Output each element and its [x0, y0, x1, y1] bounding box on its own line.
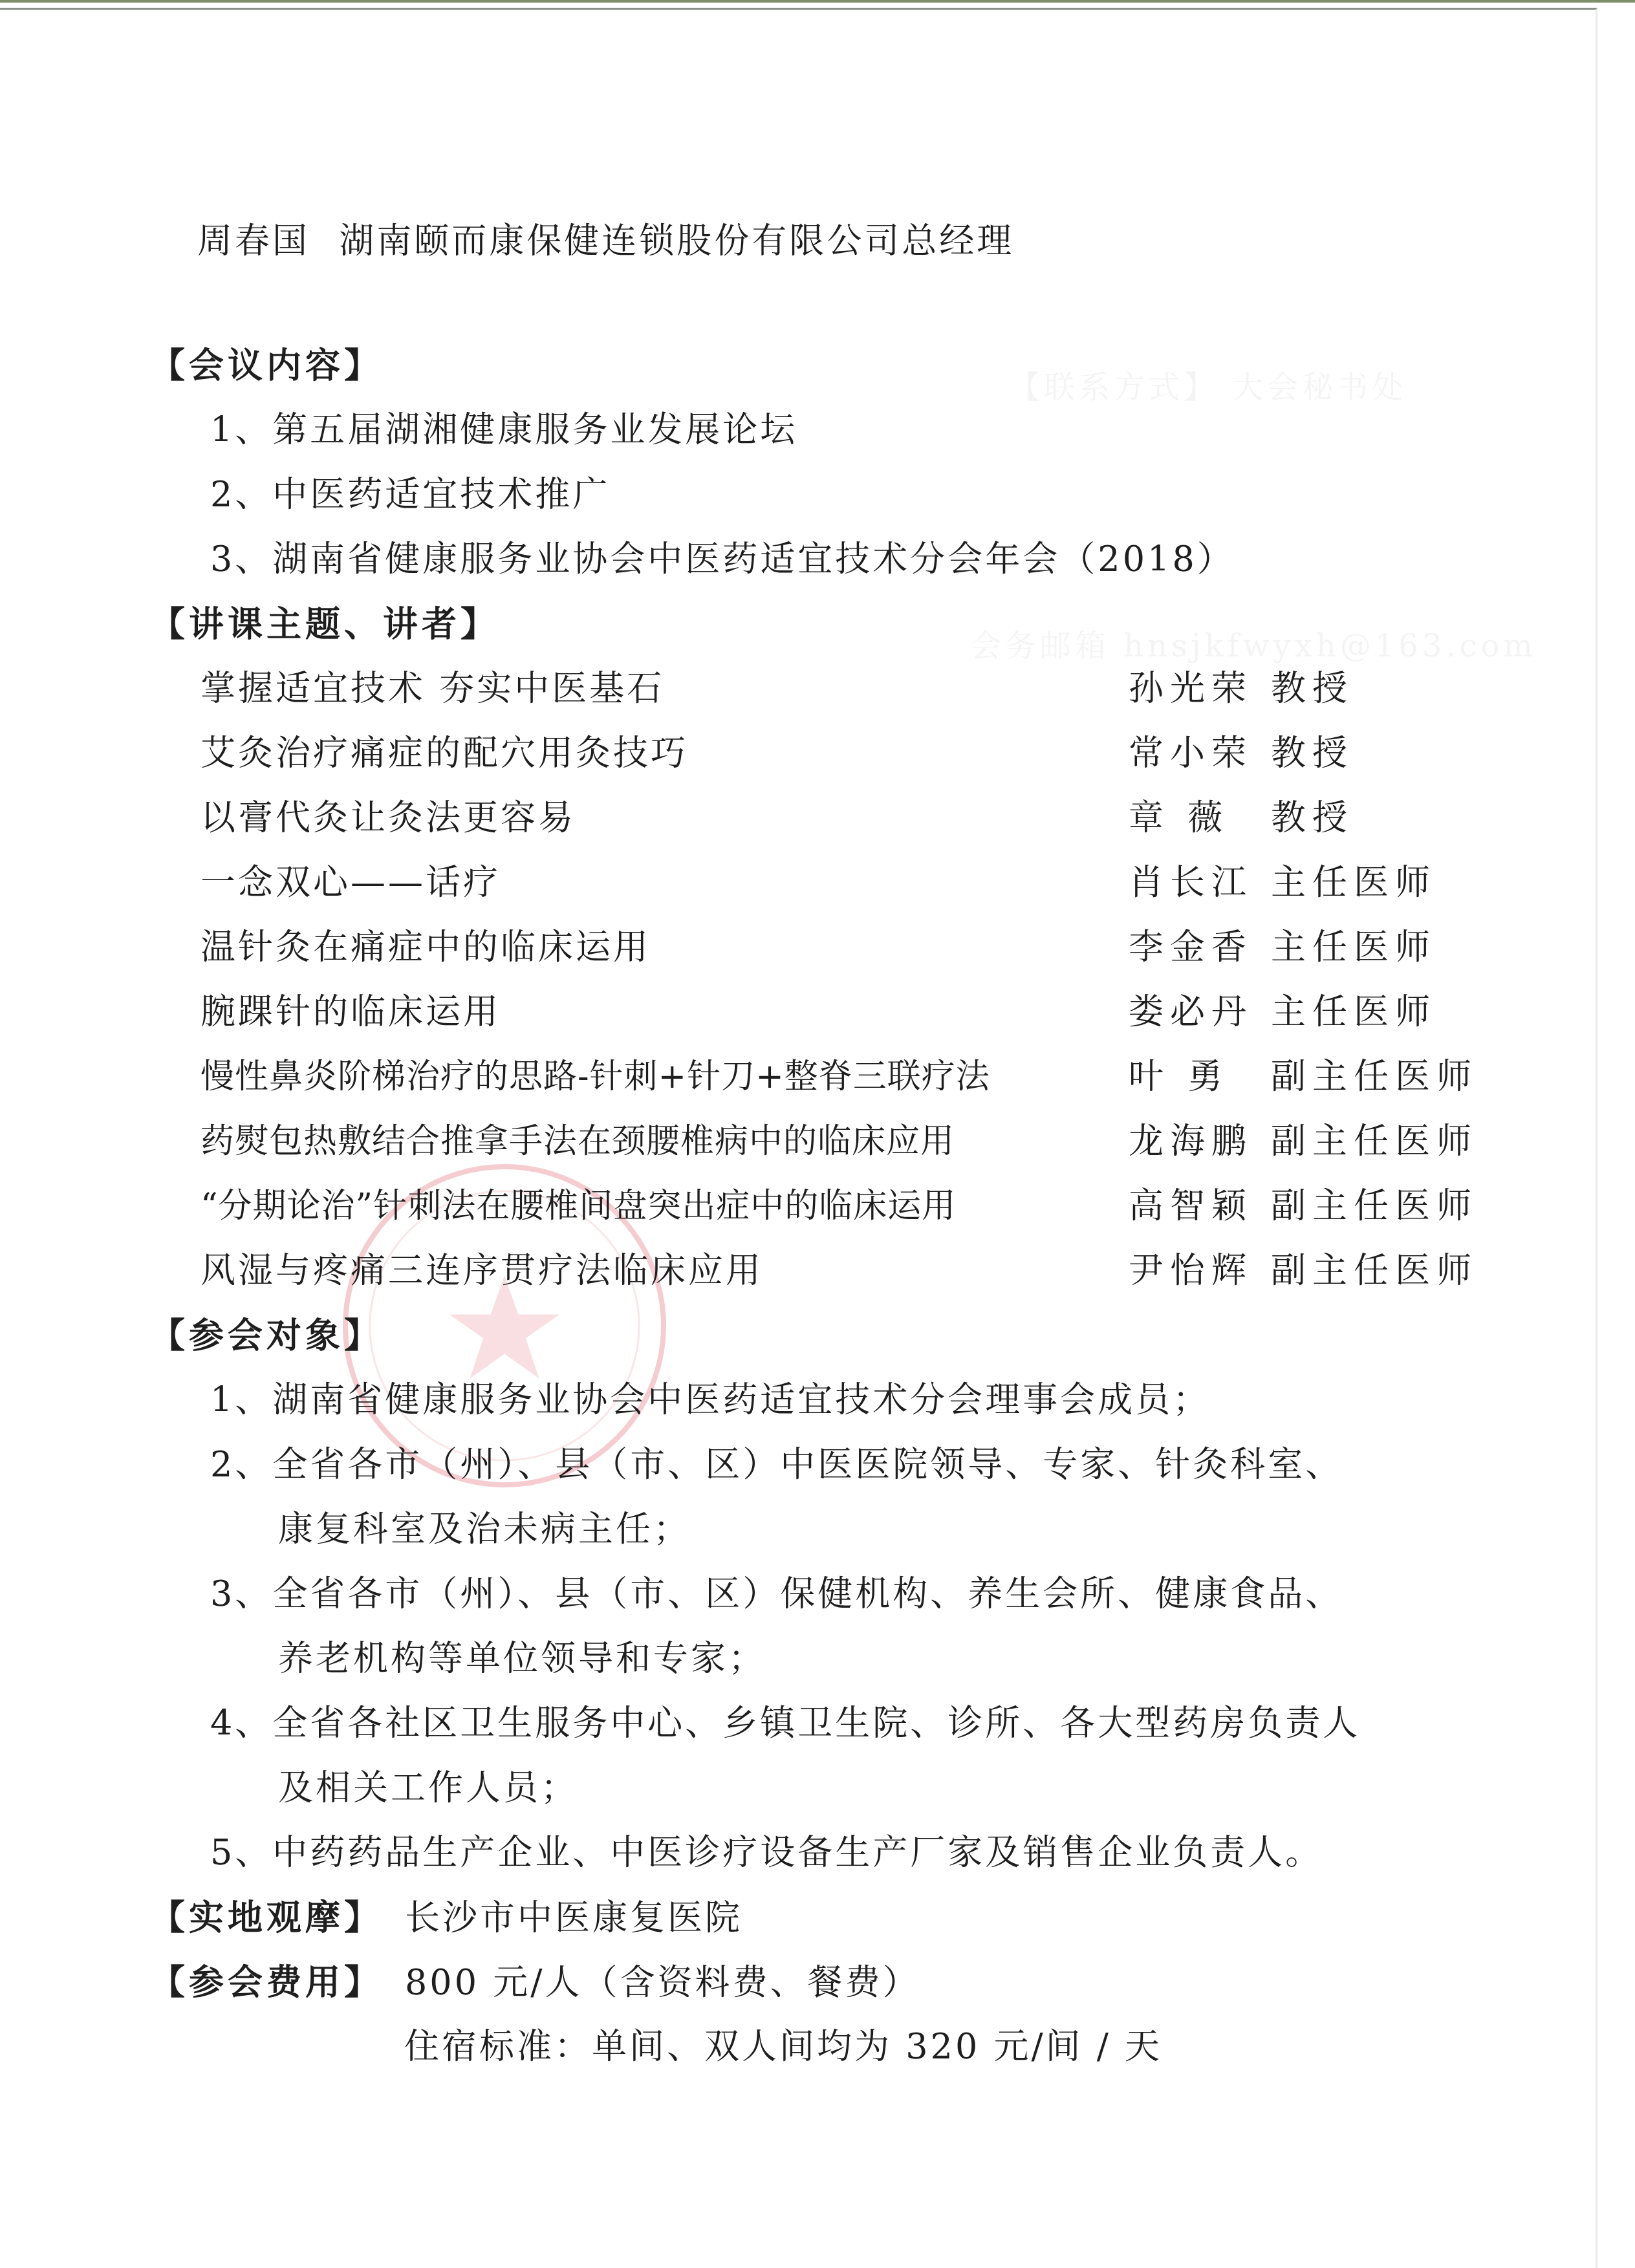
audience-item-continuation: 及相关工作人员； — [278, 1766, 578, 1811]
speaker-title: 教授 — [1271, 731, 1354, 776]
audience-item: 2、全省各市（州）、县（市、区）中医医院领导、专家、针灸科室、 — [210, 1442, 1343, 1487]
speaker-name: 尹怡辉 — [1129, 1248, 1253, 1293]
lecture-topic: 腕踝针的临床运用 — [200, 989, 501, 1035]
speaker-name: 娄必丹 — [1129, 989, 1253, 1035]
speaker-title: 教授 — [1271, 666, 1354, 711]
section-heading-lectures: 【讲课主题、讲者】 — [150, 601, 499, 647]
audience-item-continuation: 康复科室及治未病主任； — [278, 1507, 691, 1552]
lecture-topic: 艾灸治疗痛症的配穴用灸技巧 — [200, 731, 688, 776]
speaker-title: 副主任医师 — [1271, 1119, 1478, 1164]
lecture-topic: 掌握适宜技术 夯实中医基石 — [200, 666, 664, 711]
speaker-title: 副主任医师 — [1271, 1054, 1478, 1099]
audience-item: 3、全省各市（州）、县（市、区）保健机构、养生会所、健康食品、 — [210, 1571, 1343, 1617]
fee-value: 800 元/人（含资料费、餐费） — [405, 1962, 920, 2003]
audience-item: 1、湖南省健康服务业协会中医药适宜技术分会理事会成员； — [210, 1377, 1210, 1423]
content-item: 1、第五届湖湘健康服务业发展论坛 — [210, 407, 797, 453]
speaker-title: 副主任医师 — [1271, 1183, 1478, 1229]
lecture-topic: 温针灸在痛症中的临床运用 — [200, 925, 651, 970]
lecture-topic: “分期论治”针刺法在腰椎间盘突出症中的临床运用 — [200, 1183, 956, 1229]
section-heading-site-visit: 【实地观摩】 — [150, 1897, 383, 1938]
lecture-topic: 以膏代灸让灸法更容易 — [200, 795, 576, 841]
lecture-topic: 风湿与疼痛三连序贯疗法临床应用 — [200, 1248, 763, 1293]
audience-item: 4、全省各社区卫生服务中心、乡镇卫生院、诊所、各大型药房负责人 — [210, 1701, 1360, 1746]
speaker-title: 主任医师 — [1271, 860, 1436, 905]
content-item: 2、中医药适宜技术推广 — [210, 472, 610, 517]
speaker-title: 副主任医师 — [1271, 1248, 1478, 1293]
content-item: 3、湖南省健康服务业协会中医药适宜技术分会年会（2018） — [210, 537, 1235, 582]
speaker-name: 章 薇 — [1129, 795, 1229, 841]
lodging-standard: 住宿标准：单间、双人间均为 320 元/间 / 天 — [404, 2024, 1162, 2069]
section-heading-audience: 【参会对象】 — [150, 1313, 383, 1358]
contact-line: 周春国 湖南颐而康保健连锁股份有限公司总经理 — [197, 219, 1014, 264]
lecture-topic: 一念双心——话疗 — [200, 860, 501, 905]
speaker-title: 主任医师 — [1271, 925, 1436, 970]
speaker-name: 李金香 — [1129, 925, 1253, 970]
lecture-topic: 慢性鼻炎阶梯治疗的思路-针刺+针刀+整脊三联疗法 — [200, 1054, 990, 1099]
contact-name: 周春国 — [197, 221, 310, 261]
fees-row: 【参会费用】800 元/人（含资料费、餐费） — [150, 1960, 920, 2005]
speaker-title: 主任医师 — [1271, 989, 1436, 1035]
speaker-name: 肖长江 — [1129, 860, 1253, 905]
lecture-topic: 药熨包热敷结合推拿手法在颈腰椎病中的临床应用 — [200, 1119, 955, 1164]
audience-item-continuation: 养老机构等单位领导和专家； — [278, 1636, 766, 1681]
scan-top-band — [0, 0, 1635, 3]
speaker-name: 孙光荣 — [1129, 666, 1253, 711]
speaker-name: 叶 勇 — [1129, 1054, 1229, 1099]
site-visit-value: 长沙市中医康复医院 — [405, 1897, 742, 1938]
audience-item: 5、中药药品生产企业、中医诊疗设备生产厂家及销售企业负责人。 — [210, 1830, 1323, 1875]
speaker-name: 龙海鹏 — [1129, 1119, 1253, 1164]
contact-org-title: 湖南颐而康保健连锁股份有限公司总经理 — [339, 221, 1014, 261]
speaker-title: 教授 — [1271, 795, 1354, 841]
section-heading-fees: 【参会费用】 — [150, 1961, 383, 2003]
speaker-name: 高智颖 — [1129, 1183, 1253, 1229]
site-visit-row: 【实地观摩】长沙市中医康复医院 — [150, 1895, 742, 1941]
section-heading-content: 【会议内容】 — [150, 343, 383, 388]
speaker-name: 常小荣 — [1129, 731, 1253, 776]
